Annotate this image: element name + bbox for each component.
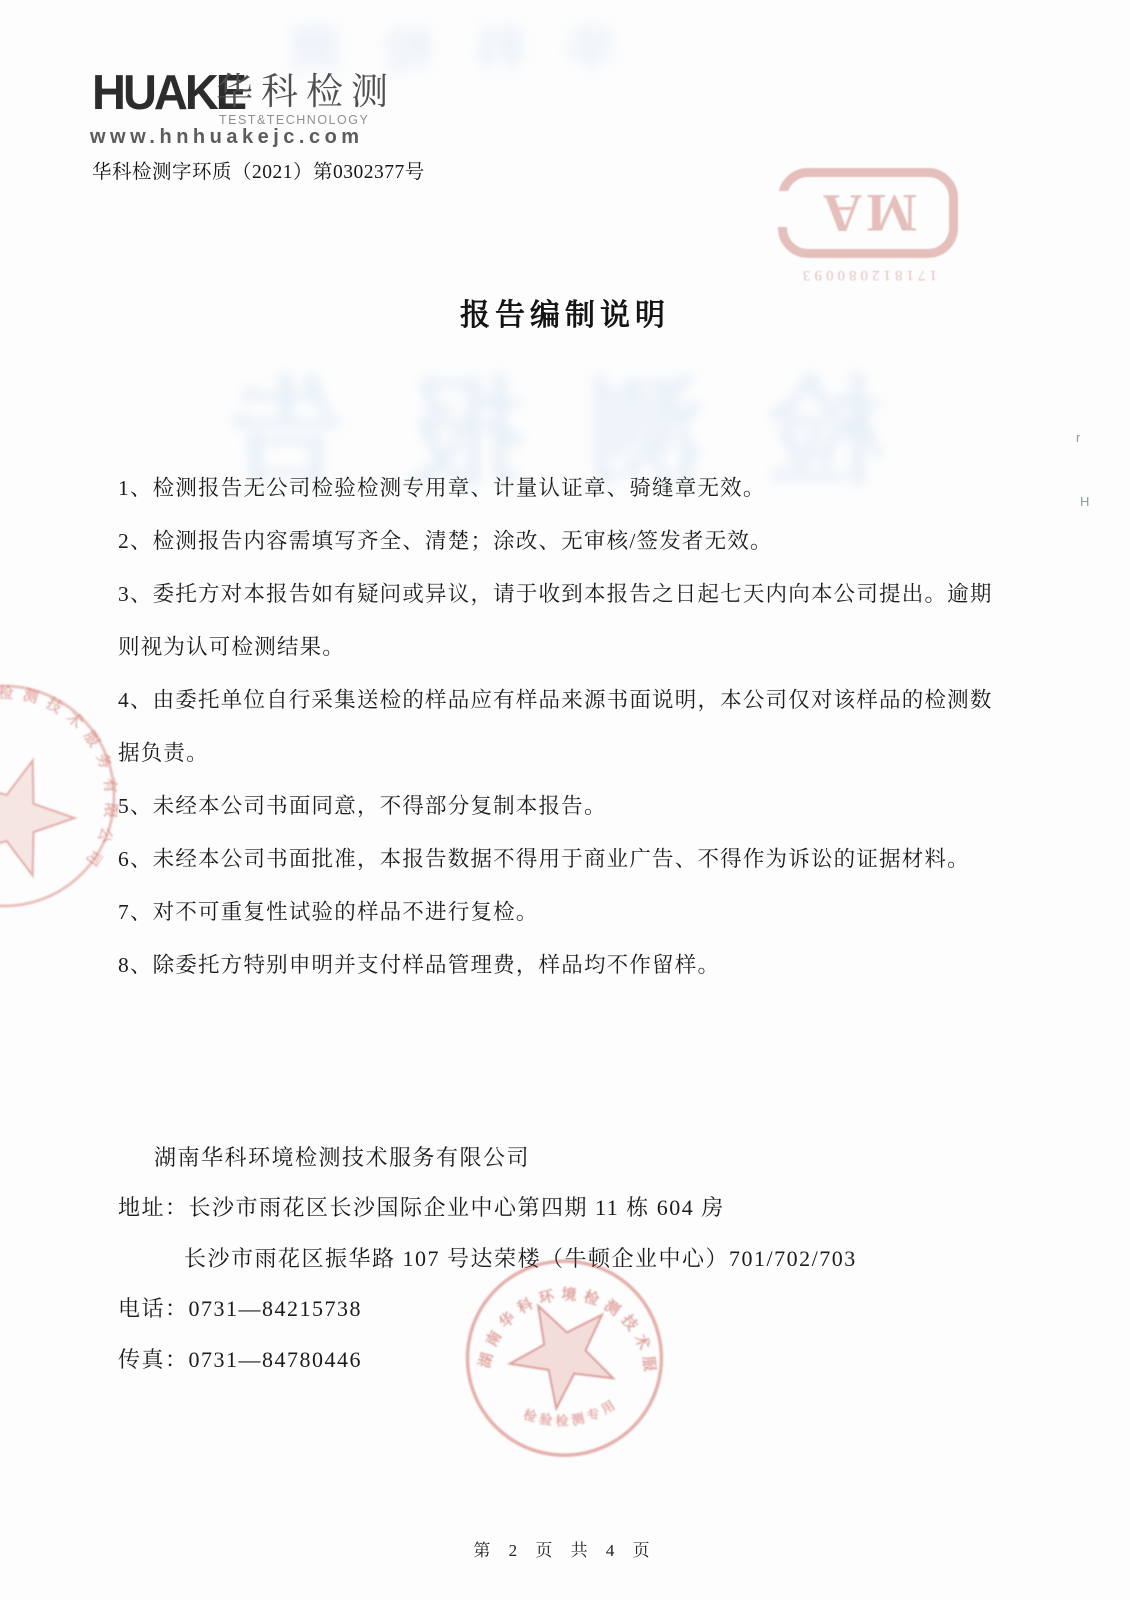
document-number: 华科检测字环质（2021）第0302377号: [92, 156, 425, 184]
note-item-8: 8、除委托方特别申明并支付样品管理费，样品均不作留样。: [118, 939, 1013, 992]
note-item-4: 4、由委托单位自行采集送检的样品应有样品来源书面说明，本公司仅对该样品的检测数据…: [118, 674, 1013, 780]
logo-website-url: www.hnhuakejc.com: [90, 126, 364, 149]
note-item-1: 1、检测报告无公司检验检测专用章、计量认证章、骑缝章无效。: [118, 462, 1013, 515]
cma-mark-frame: MA: [778, 168, 958, 258]
page-title: 报告编制说明: [0, 290, 1130, 334]
left-partial-round-seal: 湖南华科环境检测技术服务有限公司: [0, 678, 130, 922]
note-item-2: 2、检测报告内容需填写齐全、清楚；涂改、无审核/签发者无效。: [118, 515, 1013, 568]
svg-text:湖南华科环境检测技术服务有限公司: 湖南华科环境检测技术服务有限公司: [0, 683, 121, 876]
logo-tagline: TEST&TECHNOLOGY: [219, 113, 369, 127]
company-phone-line: 电话：0731—84215738: [118, 1284, 1018, 1334]
scan-speck: r: [1076, 430, 1080, 445]
logo-chinese-name: 华科检测: [216, 74, 396, 111]
phone-label: 电话：: [118, 1296, 189, 1321]
notes-list: 1、检测报告无公司检验检测专用章、计量认证章、骑缝章无效。 2、检测报告内容需填…: [118, 462, 1013, 992]
company-name: 湖南华科环境检测技术服务有限公司: [118, 1133, 1018, 1183]
address-label: 地址：: [118, 1195, 189, 1220]
cma-certificate-number: 171812080093: [778, 266, 958, 283]
document-page: 华科检测 检测报告 r H HUAKE 华科检测 TEST&TECHNOLOGY…: [0, 0, 1130, 1600]
note-item-5: 5、未经本公司书面同意，不得部分复制本报告。: [118, 780, 1013, 833]
company-address-line2: 长沙市雨花区振华路 107 号达荣楼（牛顿企业中心）701/702/703: [118, 1234, 1018, 1284]
phone-number: 0731—84215738: [189, 1296, 363, 1321]
note-item-7: 7、对不可重复性试验的样品不进行复检。: [118, 886, 1013, 939]
note-item-6: 6、未经本公司书面批准，本报告数据不得用于商业广告、不得作为诉讼的证据材料。: [118, 833, 1013, 886]
company-fax-line: 传真：0731—84780446: [118, 1335, 1018, 1385]
cma-mark-text: MA: [819, 186, 917, 240]
address-1: 长沙市雨花区长沙国际企业中心第四期 11 栋 604 房: [189, 1195, 725, 1220]
company-info: 湖南华科环境检测技术服务有限公司 地址：长沙市雨花区长沙国际企业中心第四期 11…: [118, 1133, 1018, 1385]
cma-certification-stamp: 171812080093 MA: [778, 168, 958, 283]
note-item-3: 3、委托方对本报告如有疑问或异议，请于收到本报告之日起七天内向本公司提出。逾期则…: [118, 568, 1013, 674]
seal-ring-text: 湖南华科环境检测技术服务有限公司: [0, 683, 121, 876]
scan-speck: H: [1080, 494, 1089, 509]
cma-frame-gap: [775, 191, 791, 227]
fax-number: 0731—84780446: [189, 1347, 363, 1372]
seal-star-icon: [0, 743, 87, 883]
fax-label: 传真：: [118, 1347, 189, 1372]
page-number: 第 2 页 共 4 页: [0, 1536, 1130, 1561]
company-address-line1: 地址：长沙市雨花区长沙国际企业中心第四期 11 栋 604 房: [118, 1183, 1018, 1233]
